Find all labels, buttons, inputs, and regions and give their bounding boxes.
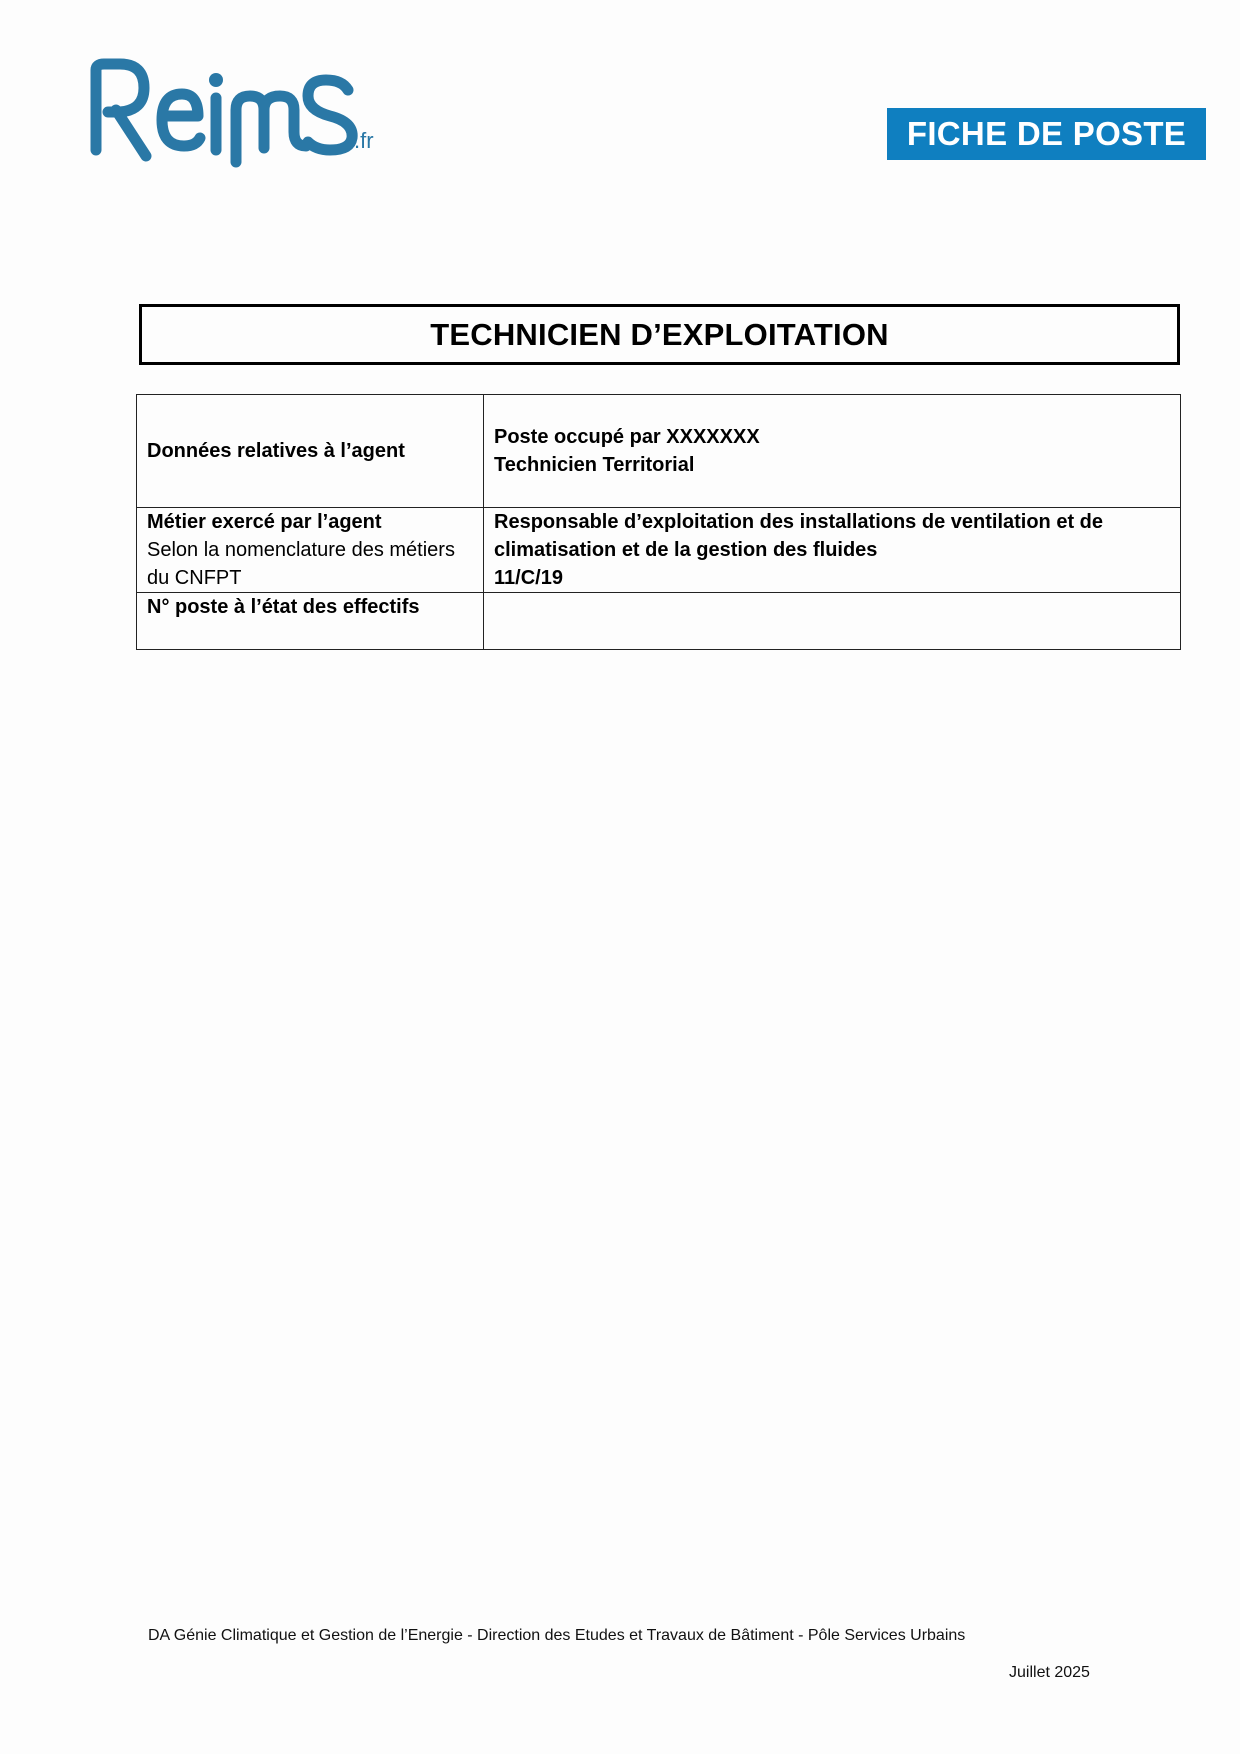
reims-logo: .fr xyxy=(86,52,396,172)
footer-date: Juillet 2025 xyxy=(1009,1664,1090,1682)
footer-department: DA Génie Climatique et Gestion de l’Ener… xyxy=(148,1627,965,1645)
job-title-box: TECHNICIEN D’EXPLOITATION xyxy=(139,304,1180,365)
row-label-note: Selon la nomenclature des métiers du CNF… xyxy=(147,536,473,592)
reims-logo-icon: .fr xyxy=(86,52,396,172)
job-title: TECHNICIEN D’EXPLOITATION xyxy=(430,317,889,353)
row-value-cell: Poste occupé par XXXXXXX Technicien Terr… xyxy=(484,395,1181,508)
row-label-title: Données relatives à l’agent xyxy=(147,437,473,465)
svg-text:.fr: .fr xyxy=(354,128,374,153)
row-label-cell: N° poste à l’état des effectifs xyxy=(137,593,484,650)
row-label-cell: Métier exercé par l’agent Selon la nomen… xyxy=(137,508,484,593)
row-label-title: N° poste à l’état des effectifs xyxy=(147,593,473,621)
row-value-line: Poste occupé par XXXXXXX xyxy=(494,423,1170,451)
table-row: Données relatives à l’agent Poste occupé… xyxy=(137,395,1181,508)
table-row: N° poste à l’état des effectifs xyxy=(137,593,1181,650)
row-value-line: 11/C/19 xyxy=(494,564,1170,592)
row-label-cell: Données relatives à l’agent xyxy=(137,395,484,508)
fiche-de-poste-badge: FICHE DE POSTE xyxy=(887,108,1206,160)
table-row: Métier exercé par l’agent Selon la nomen… xyxy=(137,508,1181,593)
row-value-line: Technicien Territorial xyxy=(494,451,1170,479)
row-label-title: Métier exercé par l’agent xyxy=(147,508,473,536)
row-value-cell: Responsable d’exploitation des installat… xyxy=(484,508,1181,593)
row-value-line: Responsable d’exploitation des installat… xyxy=(494,508,1170,564)
row-value-cell xyxy=(484,593,1181,650)
job-info-table: Données relatives à l’agent Poste occupé… xyxy=(136,394,1181,650)
